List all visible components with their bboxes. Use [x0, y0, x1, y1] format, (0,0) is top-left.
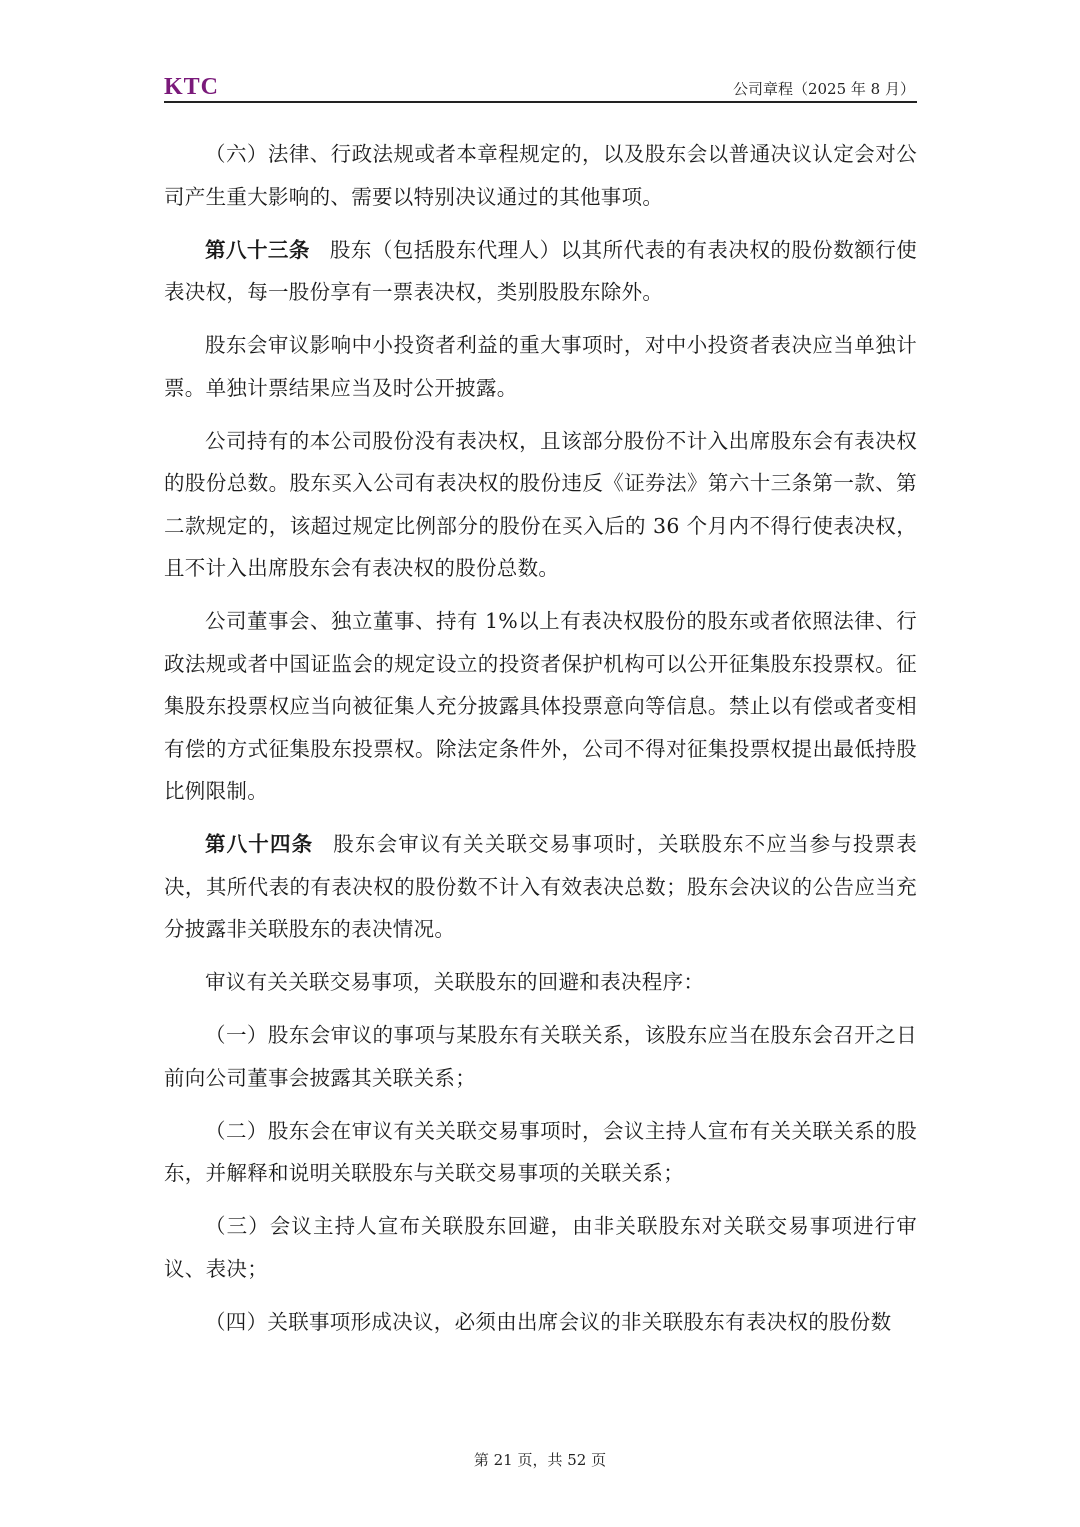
- page-header: KTC 公司章程（2025 年 8 月）: [164, 72, 917, 102]
- paragraph: （四）关联事项形成决议，必须由出席会议的非关联股东有表决权的股份数: [164, 1301, 917, 1344]
- paragraph: 股东会审议影响中小投资者利益的重大事项时，对中小投资者表决应当单独计票。单独计票…: [164, 324, 917, 409]
- paragraph: （六）法律、行政法规或者本章程规定的，以及股东会以普通决议认定会对公司产生重大影…: [164, 133, 917, 218]
- paragraph: （一）股东会审议的事项与某股东有关联关系，该股东应当在股东会召开之日前向公司董事…: [164, 1014, 917, 1099]
- article-number: 第八十三条: [205, 238, 310, 262]
- document-title: 公司章程（2025 年 8 月）: [733, 78, 915, 99]
- paragraph: 审议有关关联交易事项，关联股东的回避和表决程序：: [164, 961, 917, 1004]
- article-paragraph: 第八十三条股东（包括股东代理人）以其所代表的有表决权的股份数额行使表决权，每一股…: [164, 229, 917, 314]
- article-paragraph: 第八十四条股东会审议有关关联交易事项时，关联股东不应当参与投票表决，其所代表的有…: [164, 823, 917, 951]
- paragraph: （三）会议主持人宣布关联股东回避，由非关联股东对关联交易事项进行审议、表决；: [164, 1205, 917, 1290]
- page-number: 第 21 页，共 52 页: [0, 1449, 1080, 1470]
- header-divider: [164, 101, 917, 103]
- paragraph: 公司持有的本公司股份没有表决权，且该部分股份不计入出席股东会有表决权的股份总数。…: [164, 420, 917, 590]
- paragraph: 公司董事会、独立董事、持有 1%以上有表决权股份的股东或者依照法律、行政法规或者…: [164, 600, 917, 813]
- article-number: 第八十四条: [205, 832, 313, 856]
- paragraph: （二）股东会在审议有关关联交易事项时，会议主持人宣布有关关联关系的股东，并解释和…: [164, 1110, 917, 1195]
- company-logo: KTC: [164, 74, 219, 101]
- document-body: （六）法律、行政法规或者本章程规定的，以及股东会以普通决议认定会对公司产生重大影…: [164, 133, 917, 1354]
